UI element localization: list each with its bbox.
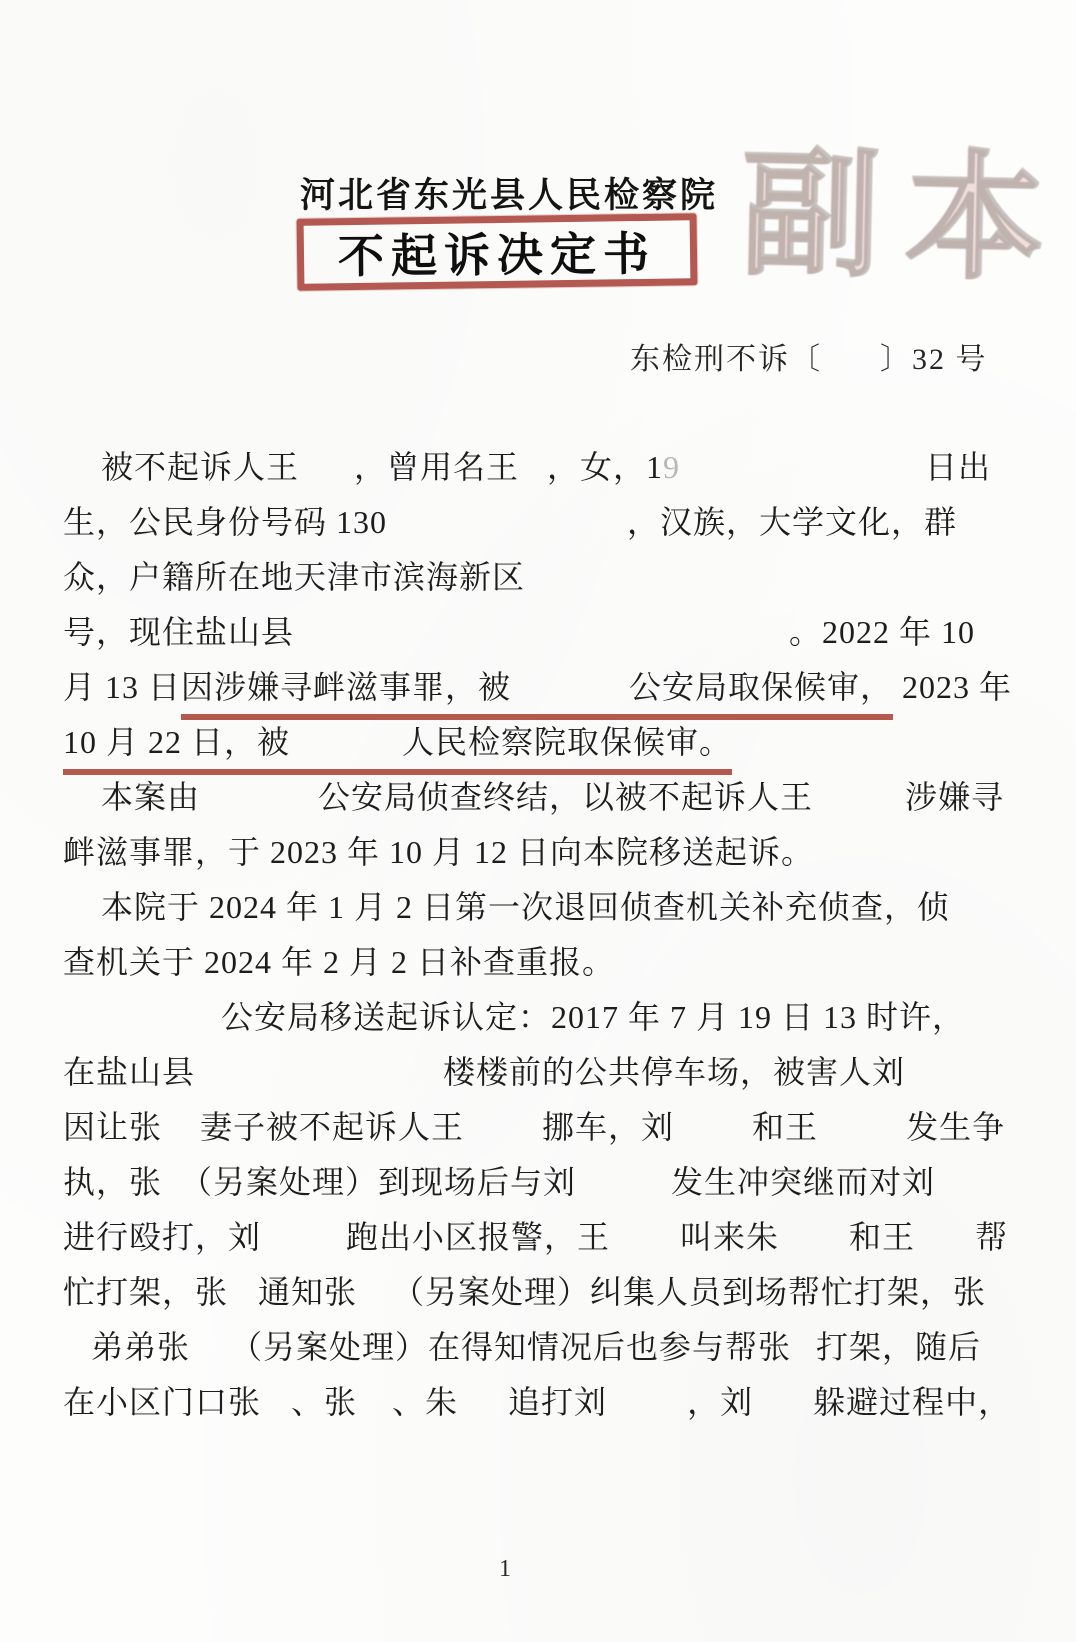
text-segment: 进行殴打，刘 — [63, 1219, 261, 1255]
redaction-gap — [576, 1192, 671, 1193]
text-segment: 在小区门口张 — [63, 1384, 261, 1420]
text-segment: 公安局取保候审， — [629, 669, 893, 705]
redaction-gap — [63, 1027, 221, 1028]
text-line: 进行殴打，刘跑出小区报警，王叫来朱和王帮 — [63, 1210, 1023, 1265]
redaction-gap — [818, 1137, 906, 1138]
text-segment: （另案处理）到现场后与刘 — [180, 1164, 576, 1200]
text-segment: 通知张 — [258, 1274, 357, 1310]
text-line: 在小区门口张、张、朱追打刘，刘躲避过程中， — [63, 1375, 1023, 1430]
redaction-gap — [519, 477, 547, 478]
redaction-gap — [261, 1412, 291, 1413]
redaction-gap — [228, 1302, 258, 1303]
redaction-gap — [753, 1412, 813, 1413]
text-segment: 公安局侦查终结，以被不起诉人王 — [318, 779, 813, 815]
text-line: 衅滋事罪，于 2023 年 10 月 12 日向本院移送起诉。 — [63, 825, 1023, 880]
redaction-gap — [791, 1357, 816, 1358]
text-line: 号，现住盐山县。2022 年 10 — [63, 605, 1023, 660]
page-number: 1 — [0, 1556, 1010, 1583]
redaction-gap — [63, 917, 101, 918]
text-segment: 公安局移送起诉认定：2017 年 7 月 19 日 13 时许， — [221, 999, 965, 1035]
text-line: 弟弟张（另案处理）在得知情况后也参与帮张打架，随后 — [63, 1320, 1023, 1375]
text-segment: 查机关于 2024 年 2 月 2 日补查重报。 — [63, 944, 615, 980]
redaction-gap — [63, 1357, 91, 1358]
text-segment: 弟弟张 — [91, 1329, 190, 1365]
text-segment: 帮 — [975, 1219, 1008, 1255]
text-segment: 10 月 22 日，被 — [63, 724, 290, 760]
text-segment: 2023 年 — [893, 669, 1012, 705]
text-segment: 生，公民身份号码 130 — [63, 504, 387, 540]
redaction-gap — [63, 807, 101, 808]
text-segment: 执，张 — [63, 1164, 162, 1200]
text-segment: 因涉嫌寻衅滋事罪，被 — [181, 669, 511, 705]
text-segment: 在盐山县 — [63, 1054, 195, 1090]
text-segment: 发生争 — [906, 1109, 1005, 1145]
text-segment: 和王 — [752, 1109, 818, 1145]
text-segment: 打架，随后 — [816, 1329, 981, 1365]
text-segment: 发生冲突继而对刘 — [671, 1164, 935, 1200]
redaction-gap — [915, 1247, 975, 1248]
text-segment: 人民检察院取保候审。 — [402, 724, 732, 760]
text-segment: 妻子被不起诉人王 — [200, 1109, 464, 1145]
text-segment: 跑出小区报警，王 — [346, 1219, 610, 1255]
text-segment: 月 13 日 — [63, 669, 181, 705]
text-segment: ，刘 — [687, 1384, 753, 1420]
red-underline-group: 10 月 22 日，被人民检察院取保候审。 — [63, 717, 732, 775]
text-segment: 9 — [663, 449, 680, 485]
text-line: 月 13 日因涉嫌寻衅滋事罪，被公安局取保候审， 2023 年 — [63, 660, 1023, 715]
redaction-gap — [357, 1302, 392, 1303]
redaction-gap — [458, 1412, 508, 1413]
redaction-gap — [357, 1412, 392, 1413]
text-segment: 被不起诉人王 — [101, 449, 299, 485]
text-line: 在盐山县楼楼前的公共停车场，被害人刘 — [63, 1045, 1023, 1100]
document-body: 被不起诉人王，曾用名王，女，19日出生，公民身份号码 130，汉族，大学文化，群… — [63, 440, 1023, 1430]
doc-number-suffix: 〕32 号 — [880, 343, 988, 376]
text-segment: 、张 — [291, 1384, 357, 1420]
redaction-gap — [190, 1357, 230, 1358]
redaction-gap — [779, 1247, 849, 1248]
text-line: 因让张妻子被不起诉人王挪车，刘和王发生争 — [63, 1100, 1023, 1155]
redaction-gap — [607, 1412, 687, 1413]
text-segment: 众，户籍所在地天津市滨海新区 — [63, 559, 525, 595]
title-red-box: 不起诉决定书 — [297, 213, 698, 291]
redaction-gap — [162, 1137, 200, 1138]
text-line: 公安局移送起诉认定：2017 年 7 月 19 日 13 时许， — [63, 990, 1023, 1045]
scanned-legal-document: 河北省东光县人民检察院 不起诉决定书 副本 东检刑不诉〔〕32 号 被不起诉人王… — [0, 0, 1076, 1642]
text-segment: 躲避过程中， — [813, 1384, 1011, 1420]
text-segment: 因让张 — [63, 1109, 162, 1145]
text-segment: ，曾用名王 — [354, 449, 519, 485]
redaction-gap — [200, 807, 318, 808]
text-segment: 号，现住盐山县 — [63, 614, 294, 650]
text-segment: 本院于 2024 年 1 月 2 日第一次退回侦查机关补充侦查，侦 — [101, 889, 950, 925]
redaction-gap — [813, 807, 905, 808]
text-line: 生，公民身份号码 130，汉族，大学文化，群 — [63, 495, 1023, 550]
redaction-gap — [162, 1192, 180, 1193]
text-segment: 楼楼前的公共停车场，被害人刘 — [443, 1054, 905, 1090]
text-segment: 日出 — [925, 449, 991, 485]
redaction-gap — [261, 1247, 346, 1248]
doc-number-prefix: 东检刑不诉〔 — [630, 343, 822, 376]
text-segment: 本案由 — [101, 779, 200, 815]
text-segment: 挪车，刘 — [542, 1109, 674, 1145]
doc-number-blank — [822, 368, 880, 369]
redaction-gap — [63, 477, 101, 478]
text-segment: 忙打架，张 — [63, 1274, 228, 1310]
text-segment: （另案处理）在得知情况后也参与帮张 — [230, 1329, 791, 1365]
text-line: 执，张（另案处理）到现场后与刘发生冲突继而对刘 — [63, 1155, 1023, 1210]
text-line: 查机关于 2024 年 2 月 2 日补查重报。 — [63, 935, 1023, 990]
redaction-gap — [680, 477, 925, 478]
text-segment: 。2022 年 10 — [789, 614, 975, 650]
redaction-gap — [195, 1082, 443, 1083]
text-line: 本案由公安局侦查终结，以被不起诉人王涉嫌寻 — [63, 770, 1023, 825]
text-line: 本院于 2024 年 1 月 2 日第一次退回侦查机关补充侦查，侦 — [63, 880, 1023, 935]
redaction-gap — [610, 1247, 680, 1248]
red-underline-group: 因涉嫌寻衅滋事罪，被公安局取保候审， — [181, 662, 893, 720]
text-segment: ，汉族，大学文化，群 — [627, 504, 957, 540]
text-line: 被不起诉人王，曾用名王，女，19日出 — [63, 440, 1023, 495]
redaction-gap — [290, 752, 402, 753]
text-segment: ，女，1 — [547, 449, 663, 485]
document-title: 不起诉决定书 — [338, 218, 657, 287]
redaction-gap — [511, 697, 629, 698]
procuratorate-name: 河北省东光县人民检察院 — [300, 168, 718, 218]
redaction-gap — [299, 477, 354, 478]
doc-number: 东检刑不诉〔〕32 号 — [630, 334, 988, 378]
redaction-gap — [387, 532, 627, 533]
redaction-gap — [464, 1137, 542, 1138]
text-segment: 、朱 — [392, 1384, 458, 1420]
redaction-gap — [294, 642, 789, 643]
text-segment: 叫来朱 — [680, 1219, 779, 1255]
text-segment: 衅滋事罪，于 2023 年 10 月 12 日向本院移送起诉。 — [63, 834, 814, 870]
redaction-gap — [674, 1137, 752, 1138]
text-line: 众，户籍所在地天津市滨海新区 — [63, 550, 1023, 605]
text-segment: 追打刘 — [508, 1384, 607, 1420]
text-line: 忙打架，张通知张（另案处理）纠集人员到场帮忙打架，张 — [63, 1265, 1023, 1320]
text-segment: （另案处理）纠集人员到场帮忙打架，张 — [392, 1274, 986, 1310]
text-segment: 和王 — [849, 1219, 915, 1255]
text-segment: 涉嫌寻 — [905, 779, 1004, 815]
text-line: 10 月 22 日，被人民检察院取保候审。 — [63, 715, 1023, 770]
copy-stamp: 副本 — [740, 135, 1073, 312]
